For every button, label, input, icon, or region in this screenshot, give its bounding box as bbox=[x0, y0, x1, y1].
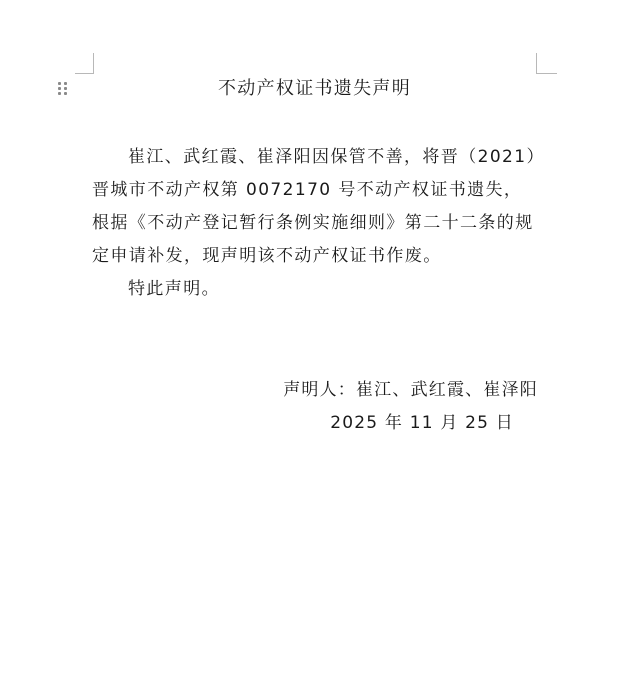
signature-line: 声明人：崔江、武红霞、崔泽阳 bbox=[92, 374, 538, 407]
top-right-margin-mark bbox=[536, 53, 557, 74]
document-title: 不动产权证书遗失声明 bbox=[92, 77, 537, 101]
top-left-margin-mark bbox=[75, 53, 94, 74]
date-line: 2025 年 11 月 25 日 bbox=[92, 407, 514, 440]
document-body: 崔江、武红霞、崔泽阳因保管不善，将晋（2021）晋城市不动产权第 0072170… bbox=[92, 141, 538, 306]
document-page[interactable]: 不动产权证书遗失声明 崔江、武红霞、崔泽阳因保管不善，将晋（2021）晋城市不动… bbox=[0, 0, 632, 691]
drag-handle-icon[interactable] bbox=[58, 82, 68, 96]
closing-paragraph: 特此声明。 bbox=[92, 273, 538, 306]
body-paragraph: 崔江、武红霞、崔泽阳因保管不善，将晋（2021）晋城市不动产权第 0072170… bbox=[92, 141, 538, 273]
